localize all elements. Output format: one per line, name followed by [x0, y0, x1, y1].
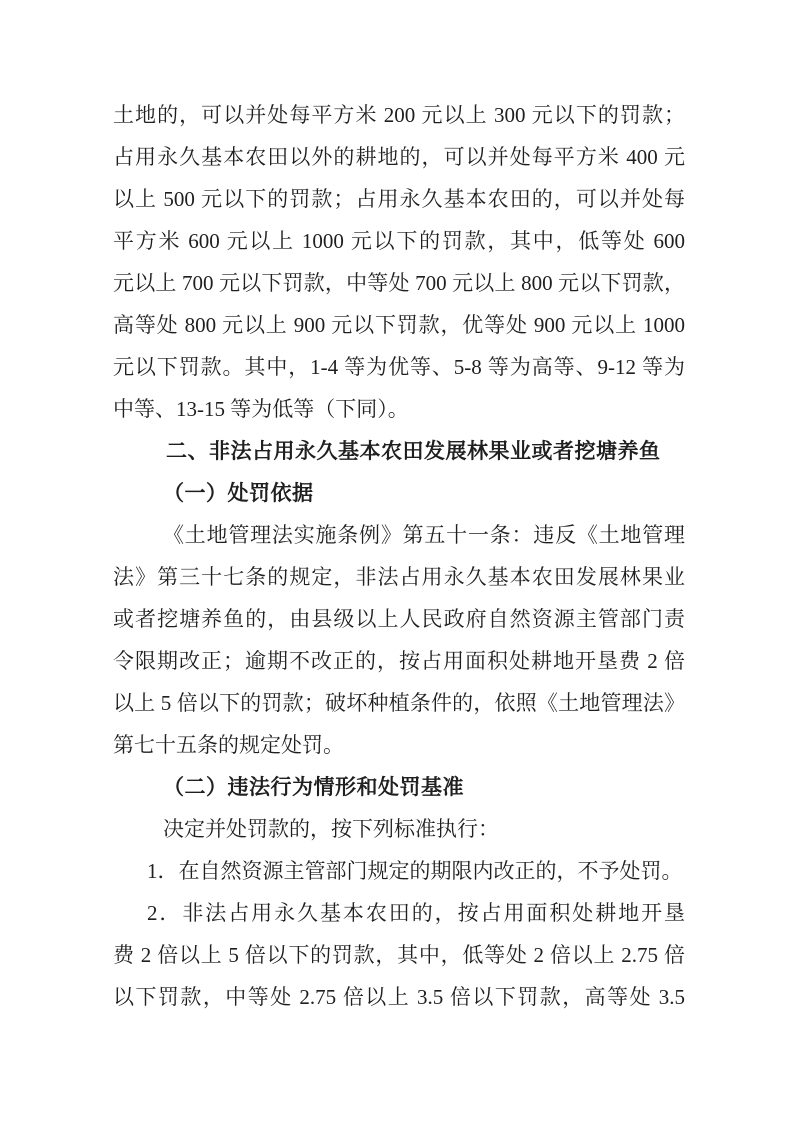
- text-line: 平方米 600 元以上 1000 元以下的罚款，其中，低等处 600: [113, 220, 685, 262]
- document-lines: 土地的，可以并处每平方米 200 元以上 300 元以下的罚款；占用永久基本农田…: [113, 94, 685, 1018]
- text-line: 2．非法占用永久基本农田的，按占用面积处耕地开垦: [113, 892, 685, 934]
- text-line: 土地的，可以并处每平方米 200 元以上 300 元以下的罚款；: [113, 94, 685, 136]
- text-line: 法》第三十七条的规定，非法占用永久基本农田发展林果业: [113, 556, 685, 598]
- text-line: 决定并处罚款的，按下列标准执行：: [113, 808, 685, 850]
- text-line: 元以下罚款。其中，1-4 等为优等、5-8 等为高等、9-12 等为: [113, 346, 685, 388]
- text-line: 或者挖塘养鱼的，由县级以上人民政府自然资源主管部门责: [113, 598, 685, 640]
- text-line: 第七十五条的规定处罚。: [113, 724, 685, 766]
- text-line: （二）违法行为情形和处罚基准: [113, 766, 685, 808]
- text-line: 《土地管理法实施条例》第五十一条：违反《土地管理: [113, 514, 685, 556]
- text-line: 1．在自然资源主管部门规定的期限内改正的，不予处罚。: [113, 850, 685, 892]
- text-line: 中等、13-15 等为低等（下同）。: [113, 388, 685, 430]
- text-line: 占用永久基本农田以外的耕地的，可以并处每平方米 400 元: [113, 136, 685, 178]
- text-line: 二、非法占用永久基本农田发展林果业或者挖塘养鱼: [113, 430, 685, 472]
- text-line: （一）处罚依据: [113, 472, 685, 514]
- text-line: 以上 500 元以下的罚款；占用永久基本农田的，可以并处每: [113, 178, 685, 220]
- text-line: 元以上 700 元以下罚款，中等处 700 元以上 800 元以下罚款，: [113, 262, 685, 304]
- text-line: 以上 5 倍以下的罚款；破坏种植条件的，依照《土地管理法》: [113, 682, 685, 724]
- text-line: 高等处 800 元以上 900 元以下罚款，优等处 900 元以上 1000: [113, 304, 685, 346]
- document-page: 土地的，可以并处每平方米 200 元以上 300 元以下的罚款；占用永久基本农田…: [0, 0, 793, 1122]
- text-line: 以下罚款，中等处 2.75 倍以上 3.5 倍以下罚款，高等处 3.5: [113, 976, 685, 1018]
- text-line: 令限期改正；逾期不改正的，按占用面积处耕地开垦费 2 倍: [113, 640, 685, 682]
- text-line: 费 2 倍以上 5 倍以下的罚款，其中，低等处 2 倍以上 2.75 倍: [113, 934, 685, 976]
